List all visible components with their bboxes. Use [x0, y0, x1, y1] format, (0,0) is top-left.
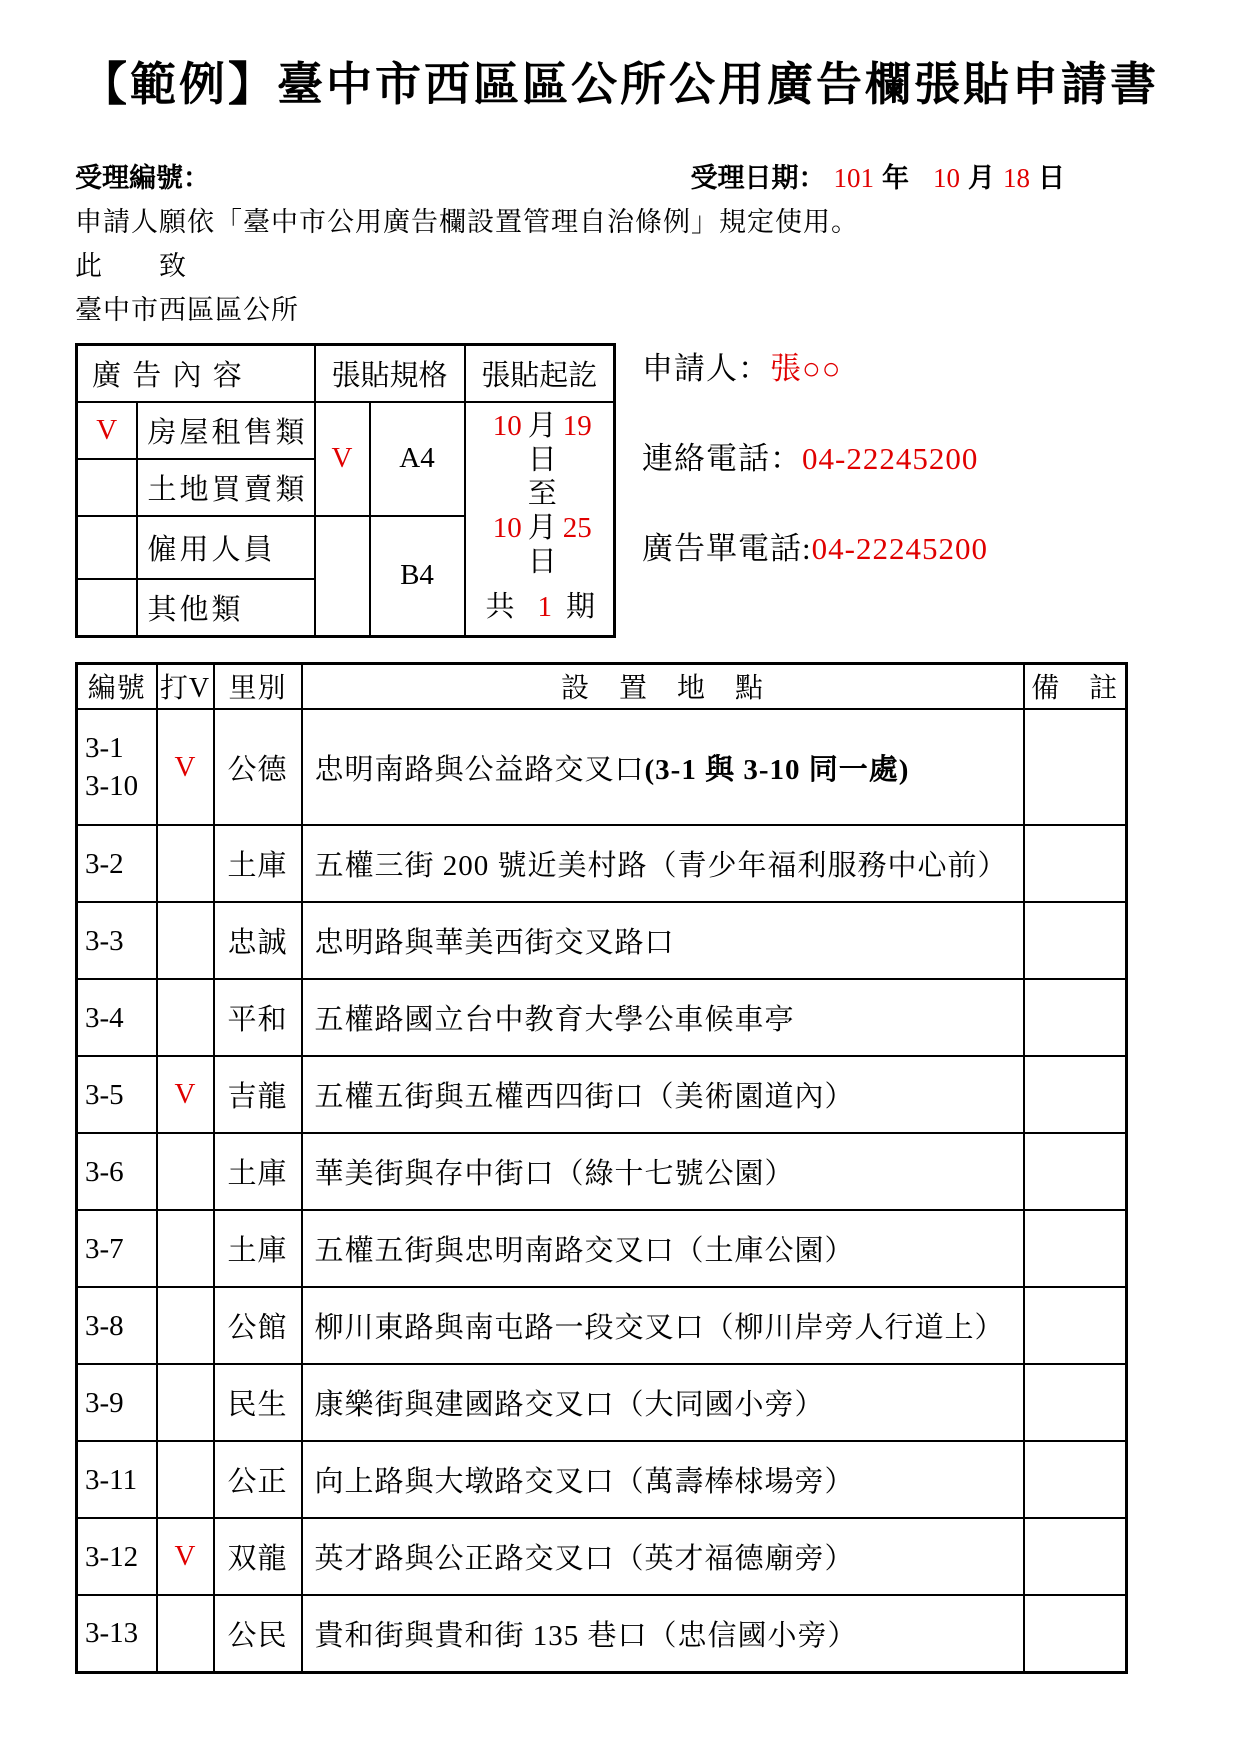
spec-label-b4: B4 — [370, 516, 465, 637]
row-note — [1024, 825, 1127, 902]
row-location: 五權路國立台中教育大學公車候車亭 — [302, 979, 1024, 1056]
row-village: 忠誠 — [214, 902, 302, 979]
row-note — [1024, 709, 1127, 825]
contact-phone-line: 連絡電話：04-22245200 — [642, 433, 988, 478]
header-number: 編號 — [77, 663, 157, 709]
accepted-date-label: 受理日期： — [691, 163, 826, 193]
ad-content-table: 廣 告 內 容 張貼規格 張貼起訖 V 房屋租售類 V A4 10月19日 至 … — [75, 343, 616, 638]
period-total-value: 1 — [538, 591, 553, 623]
period-from-date: 10月19日 — [476, 409, 610, 477]
location-row-3-9: 3-9 民生 康樂街與建國路交叉口（大同國小旁） — [77, 1364, 1127, 1441]
category-label-housing: 房屋租售類 — [137, 402, 315, 459]
ad-phone-label: 廣告單電話: — [642, 531, 812, 566]
row-number: 3-11 — [77, 1441, 157, 1518]
period-day-unit: 日 — [528, 546, 557, 578]
header-village: 里別 — [214, 663, 302, 709]
row-location: 貴和街與貴和街 135 巷口（忠信國小旁） — [302, 1595, 1024, 1672]
location-row-3-8: 3-8 公館 柳川東路與南屯路一段交叉口（柳川岸旁人行道上） — [77, 1287, 1127, 1364]
row-check: V — [157, 709, 214, 825]
location-row-3-6: 3-6 土庫 華美街與存中街口（綠十七號公園） — [77, 1133, 1127, 1210]
row-number: 3-12 — [77, 1518, 157, 1595]
accepted-day-value: 18 — [1003, 163, 1030, 193]
row-check — [157, 1595, 214, 1672]
row-check — [157, 979, 214, 1056]
row-village: 土庫 — [214, 1210, 302, 1287]
row-check: V — [157, 1518, 214, 1595]
period-total: 共1期 — [476, 584, 610, 625]
row-check — [157, 1210, 214, 1287]
page-title: 【範例】臺中市西區區公所公用廣告欄張貼申請書 — [0, 48, 1240, 114]
month-unit: 月 — [968, 163, 995, 193]
row-village: 公正 — [214, 1441, 302, 1518]
category-label-land: 土地買賣類 — [137, 459, 315, 516]
row-number: 3-6 — [77, 1133, 157, 1210]
location-row-3-4: 3-4 平和 五權路國立台中教育大學公車候車亭 — [77, 979, 1127, 1056]
row-number: 3-5 — [77, 1056, 157, 1133]
location-table: 編號 打V 里別 設 置 地 點 備 註 3-1 3-10 V 公德 忠明南路與… — [75, 662, 1128, 1674]
spec-check-a4: V — [315, 402, 370, 516]
category-check-hiring — [77, 516, 137, 580]
contact-phone-label: 連絡電話： — [642, 441, 802, 476]
pledge-statement: 申請人願依「臺中市公用廣告欄設置管理自治條例」規定使用。 — [75, 200, 1165, 239]
spec-check-b4 — [315, 516, 370, 637]
application-form-page: 【範例】臺中市西區區公所公用廣告欄張貼申請書 受理編號： 受理日期：101年10… — [0, 0, 1240, 1754]
row-note — [1024, 1595, 1127, 1672]
period-to-month: 10 — [493, 512, 522, 544]
row-location: 五權五街與五權西四街口（美術園道內） — [302, 1056, 1024, 1133]
location-row-3-12: 3-12 V 双龍 英才路與公正路交叉口（英才福德廟旁） — [77, 1518, 1127, 1595]
ad-table-header-row: 廣 告 內 容 張貼規格 張貼起訖 — [77, 345, 615, 402]
location-row-3-13: 3-13 公民 貴和街與貴和街 135 巷口（忠信國小旁） — [77, 1595, 1127, 1672]
header-check: 打V — [157, 663, 214, 709]
header-location: 設 置 地 點 — [302, 663, 1024, 709]
row-location: 五權三街 200 號近美村路（青少年福利服務中心前） — [302, 825, 1024, 902]
ad-phone-value: 04-22245200 — [812, 531, 988, 566]
period-from-day: 19 — [563, 410, 592, 442]
row-location: 忠明路與華美西街交叉路口 — [302, 902, 1024, 979]
period-from-month: 10 — [493, 410, 522, 442]
row-number: 3-2 — [77, 825, 157, 902]
addressee-office: 臺中市西區區公所 — [75, 288, 1165, 327]
location-row-3-5: 3-5 V 吉龍 五權五街與五權西四街口（美術園道內） — [77, 1056, 1127, 1133]
spec-label-a4: A4 — [370, 402, 465, 516]
category-label-hiring: 僱用人員 — [137, 516, 315, 580]
period-day-unit: 日 — [528, 444, 557, 476]
row-location: 華美街與存中街口（綠十七號公園） — [302, 1133, 1024, 1210]
ad-category-row: V 房屋租售類 V A4 10月19日 至 10月25日 共1期 — [77, 402, 615, 459]
row-village: 土庫 — [214, 1133, 302, 1210]
row-village: 吉龍 — [214, 1056, 302, 1133]
row-village: 公館 — [214, 1287, 302, 1364]
period-to-date: 10月25日 — [476, 511, 610, 579]
ad-period-header: 張貼起訖 — [465, 345, 615, 402]
location-row-3-3: 3-3 忠誠 忠明路與華美西街交叉路口 — [77, 902, 1127, 979]
accepted-year-value: 101 — [834, 163, 875, 193]
row-note — [1024, 979, 1127, 1056]
location-row-3-7: 3-7 土庫 五權五街與忠明南路交叉口（土庫公園） — [77, 1210, 1127, 1287]
meta-row: 受理編號： 受理日期：101年10月18日 — [75, 156, 1165, 195]
row-number: 3-3 — [77, 902, 157, 979]
row-note — [1024, 1364, 1127, 1441]
day-unit: 日 — [1038, 163, 1065, 193]
row-location: 康樂街與建國路交叉口（大同國小旁） — [302, 1364, 1024, 1441]
applicant-name-label: 申請人： — [642, 351, 770, 386]
ad-spec-header: 張貼規格 — [315, 345, 465, 402]
row-number: 3-9 — [77, 1364, 157, 1441]
period-to-word: 至 — [476, 477, 610, 511]
row-number: 3-4 — [77, 979, 157, 1056]
category-check-other — [77, 579, 137, 636]
accepted-month-value: 10 — [933, 163, 960, 193]
row-check — [157, 1287, 214, 1364]
posting-period-cell: 10月19日 至 10月25日 共1期 — [465, 402, 615, 637]
category-label-other: 其他類 — [137, 579, 315, 636]
row-location: 英才路與公正路交叉口（英才福德廟旁） — [302, 1518, 1024, 1595]
row-check — [157, 1441, 214, 1518]
header-note: 備 註 — [1024, 663, 1127, 709]
row-note — [1024, 1210, 1127, 1287]
row-location: 忠明南路與公益路交叉口(3-1 與 3-10 同一處) — [302, 709, 1024, 825]
row-number: 3-1 3-10 — [77, 709, 157, 825]
row-location: 五權五街與忠明南路交叉口（土庫公園） — [302, 1210, 1024, 1287]
row-number: 3-7 — [77, 1210, 157, 1287]
addressee-prefix: 此 致 — [75, 244, 1165, 283]
period-to-day: 25 — [563, 512, 592, 544]
location-row-3-1: 3-1 3-10 V 公德 忠明南路與公益路交叉口(3-1 與 3-10 同一處… — [77, 709, 1127, 825]
row-village: 公德 — [214, 709, 302, 825]
row-check — [157, 902, 214, 979]
period-month-unit: 月 — [528, 410, 557, 442]
row-village: 双龍 — [214, 1518, 302, 1595]
category-check-land — [77, 459, 137, 516]
location-row-3-2: 3-2 土庫 五權三街 200 號近美村路（青少年福利服務中心前） — [77, 825, 1127, 902]
row-location: 向上路與大墩路交叉口（萬壽棒梂場旁） — [302, 1441, 1024, 1518]
location-table-header-row: 編號 打V 里別 設 置 地 點 備 註 — [77, 663, 1127, 709]
applicant-name-line: 申請人：張○○ — [642, 343, 988, 388]
contact-phone-value: 04-22245200 — [802, 441, 978, 476]
case-number-label: 受理編號： — [75, 156, 210, 195]
row-location: 柳川東路與南屯路一段交叉口（柳川岸旁人行道上） — [302, 1287, 1024, 1364]
row-note — [1024, 1133, 1127, 1210]
row-check — [157, 825, 214, 902]
row-note — [1024, 1287, 1127, 1364]
row-check — [157, 1364, 214, 1441]
ad-phone-line: 廣告單電話:04-22245200 — [642, 523, 988, 568]
ad-content-header: 廣 告 內 容 — [77, 345, 315, 402]
period-total-suffix: 期 — [566, 591, 595, 623]
period-month-unit: 月 — [528, 512, 557, 544]
row-note — [1024, 1441, 1127, 1518]
row-village: 民生 — [214, 1364, 302, 1441]
row-village: 土庫 — [214, 825, 302, 902]
category-check-housing: V — [77, 402, 137, 459]
row-village: 平和 — [214, 979, 302, 1056]
row-check: V — [157, 1056, 214, 1133]
row-check — [157, 1133, 214, 1210]
applicant-block: 申請人：張○○ 連絡電話：04-22245200 廣告單電話:04-222452… — [642, 343, 988, 638]
row-note — [1024, 1518, 1127, 1595]
row-note — [1024, 1056, 1127, 1133]
applicant-name-value: 張○○ — [770, 351, 841, 386]
row-note — [1024, 902, 1127, 979]
row-number: 3-13 — [77, 1595, 157, 1672]
year-unit: 年 — [882, 163, 909, 193]
period-total-prefix: 共 — [486, 591, 515, 623]
row-number: 3-8 — [77, 1287, 157, 1364]
accepted-date: 受理日期：101年10月18日 — [691, 156, 1066, 195]
row-village: 公民 — [214, 1595, 302, 1672]
location-row-3-11: 3-11 公正 向上路與大墩路交叉口（萬壽棒梂場旁） — [77, 1441, 1127, 1518]
